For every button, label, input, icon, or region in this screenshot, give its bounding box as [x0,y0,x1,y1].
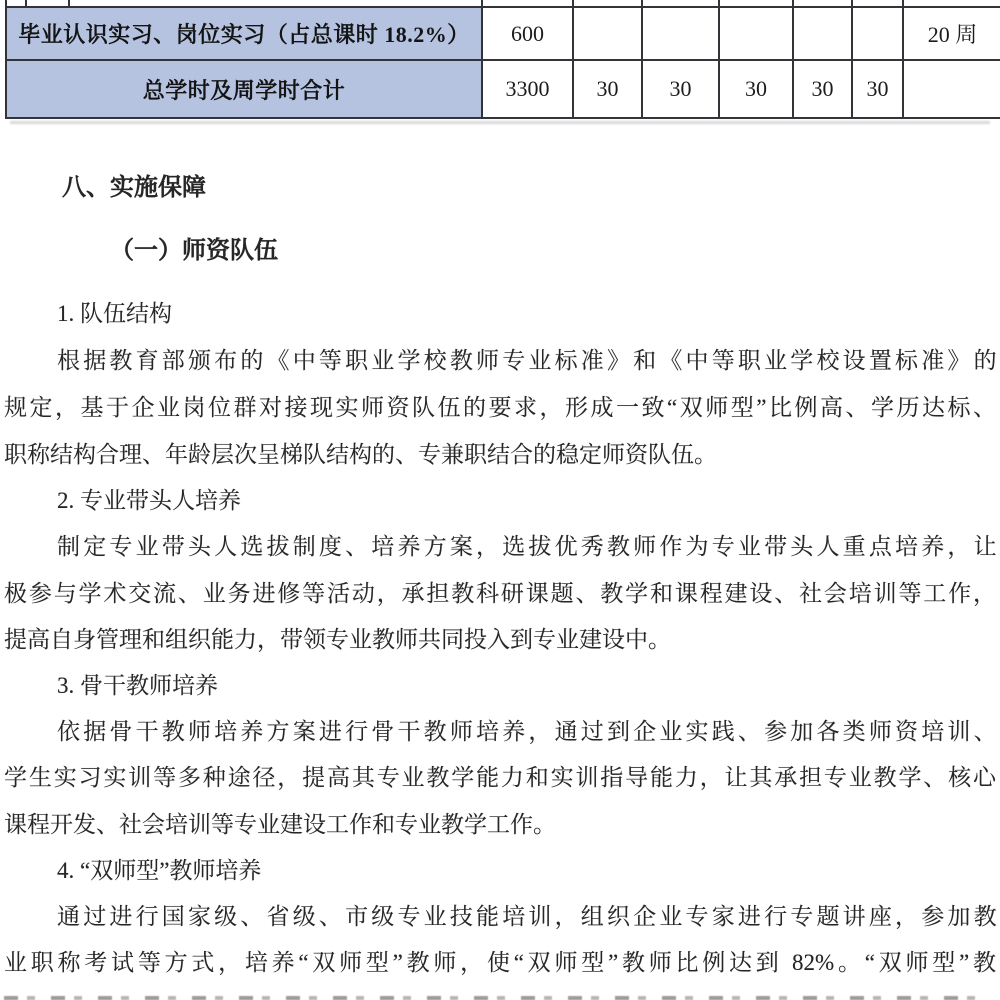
paragraph-line: 制定专业带头人选拔制度、培养方案，选拔优秀教师作为专业带头人重点培养，让其积 [4,532,1000,562]
section-heading: 八、实施保障 [4,173,1000,203]
numbered-item-title: 4. “双师型”教师培养 [4,856,1000,886]
paragraph-line: 规定，基于企业岗位群对接现实师资队伍的要求，形成一致“双师型”比例高、学历达标、 [4,393,996,423]
table-cell-weekly-hours: 30 [719,60,793,118]
table-cell-weekly-hours: 30 [573,60,642,118]
table-row-total: 总学时及周学时合计 3300 30 30 30 30 30 [6,60,1000,118]
table-cell-total-hours: 600 [482,7,573,60]
table-cell [852,7,903,60]
paragraph-line: 极参与学术交流、业务进修等活动，承担教科研课题、教学和课程建设、社会培训等工作， [4,579,996,609]
table-cell-total-hours: 3300 [482,60,573,118]
internship-row-label: 毕业认识实习、岗位实习（占总课时 18.2%） [6,7,482,60]
cut-off-text-line [4,996,982,1000]
table-cell [793,7,852,60]
paragraph-line: 通过进行国家级、省级、市级专业技能培训，组织企业专家进行专题讲座，参加教师专 [4,902,1000,932]
table-cell-weekly-hours: 30 [642,60,719,118]
document-page: 毕业认识实习、岗位实习（占总课时 18.2%） 600 20 周 总学时及周学时… [0,0,1000,1000]
table-cell [719,7,793,60]
paragraph-line: 根据教育部颁布的《中等职业学校教师专业标准》和《中等职业学校设置标准》的有关 [4,346,1000,376]
numbered-item-title: 1. 队伍结构 [4,299,1000,329]
paragraph-line: 课程开发、社会培训等专业建设工作和专业教学工作。 [4,810,996,840]
paragraph-line: 学生实习实训等多种途径，提高其专业教学能力和实训指导能力，让其承担专业教学、核心 [4,763,996,793]
table-cell [642,7,719,60]
table-cell [573,7,642,60]
scan-shadow-line [10,121,990,124]
table-row-internship: 毕业认识实习、岗位实习（占总课时 18.2%） 600 20 周 [6,7,1000,60]
paragraph-line: 业职称考试等方式，培养“双师型”教师，使“双师型”教师比例达到 82%。“双师型… [4,948,996,978]
paragraph-line: 职称结构合理、年龄层次呈梯队结构的、专兼职结合的稳定师资队伍。 [4,440,996,470]
sub-section-heading: （一）师资队伍 [4,236,1000,266]
paragraph-line: 依据骨干教师培养方案进行骨干教师培养，通过到企业实践、参加各类师资培训、指导 [4,717,1000,747]
total-row-label: 总学时及周学时合计 [6,60,482,118]
numbered-item-title: 2. 专业带头人培养 [4,486,1000,516]
table-cell [903,60,1000,118]
numbered-item-title: 3. 骨干教师培养 [4,671,1000,701]
table-cell-weekly-hours: 30 [852,60,903,118]
table-cell-weeks: 20 周 [903,7,1000,60]
paragraph-line: 提高自身管理和组织能力，带领专业教师共同投入到专业建设中。 [4,625,996,655]
table-cell-weekly-hours: 30 [793,60,852,118]
course-hours-table: 毕业认识实习、岗位实习（占总课时 18.2%） 600 20 周 总学时及周学时… [5,6,1000,119]
